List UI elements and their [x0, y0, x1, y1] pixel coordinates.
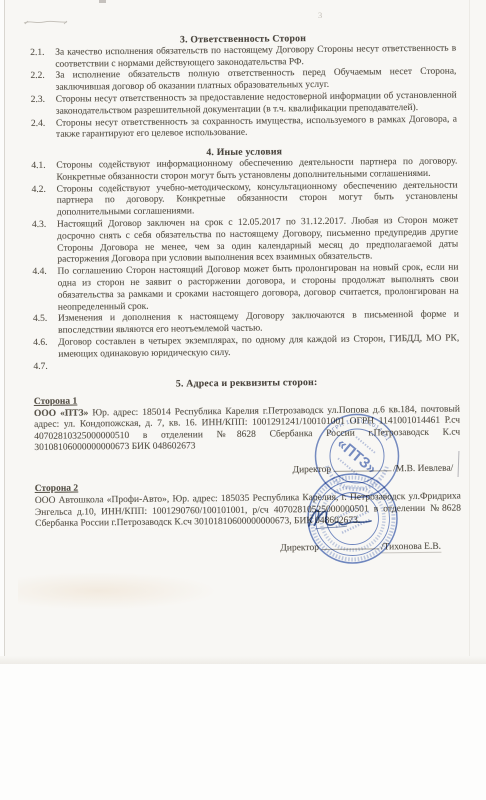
clause-number: 4.4. — [32, 267, 57, 314]
clause-number: 2.4. — [31, 118, 56, 142]
clause-number: 4.7. — [33, 361, 58, 373]
clause-number: 2.1. — [30, 48, 55, 72]
paper-left-edge-line — [4, 0, 5, 664]
clause-4-4: 4.4. По соглашению Сторон настоящий Дого… — [32, 263, 458, 315]
clause-number: 4.5. — [33, 314, 58, 338]
clause-4-2: 4.2. Стороны содействуют учебно-методиче… — [32, 180, 458, 220]
clause-text: Стороны содействуют учебно-методическому… — [57, 180, 458, 220]
clause-text: Стороны несут ответственность за сохранн… — [56, 114, 457, 142]
paper-smudge — [18, 572, 218, 610]
director1-name: /М.В. Иевлева/ — [393, 463, 453, 474]
clause-text: По соглашению Сторон настоящий Договор м… — [57, 263, 458, 314]
section-5-title: 5. Адреса и реквизиты сторон: — [34, 376, 460, 392]
scanned-contract-page: { "page": { "page_number": "3" }, "secti… — [0, 0, 486, 800]
paper-bottom-edge — [0, 656, 486, 664]
clause-2-4: 2.4. Стороны несут ответственность за со… — [31, 114, 457, 142]
clause-text: Настоящий Договор заключен на срок с 12.… — [57, 215, 458, 266]
clause-number: 2.3. — [31, 95, 56, 119]
page-number: 3 — [318, 10, 322, 20]
clause-4-3: 4.3. Настоящий Договор заключен на срок … — [32, 215, 458, 267]
pencil-scribble — [22, 15, 70, 29]
scan-artifact-mark — [99, 0, 106, 3]
clause-number: 4.2. — [32, 184, 57, 220]
clause-number: 2.2. — [30, 71, 55, 95]
clause-number: 4.3. — [32, 220, 57, 267]
director2-signature — [303, 502, 381, 534]
paper-right-edge-shade — [469, 0, 470, 664]
clause-number: 4.6. — [33, 338, 58, 362]
paper-sheet: 3 3. Ответственность Сторон 2.1. За каче… — [0, 0, 486, 664]
party1-name: ООО «ПТЗ» — [34, 408, 88, 419]
clause-number: 4.1. — [31, 161, 56, 185]
